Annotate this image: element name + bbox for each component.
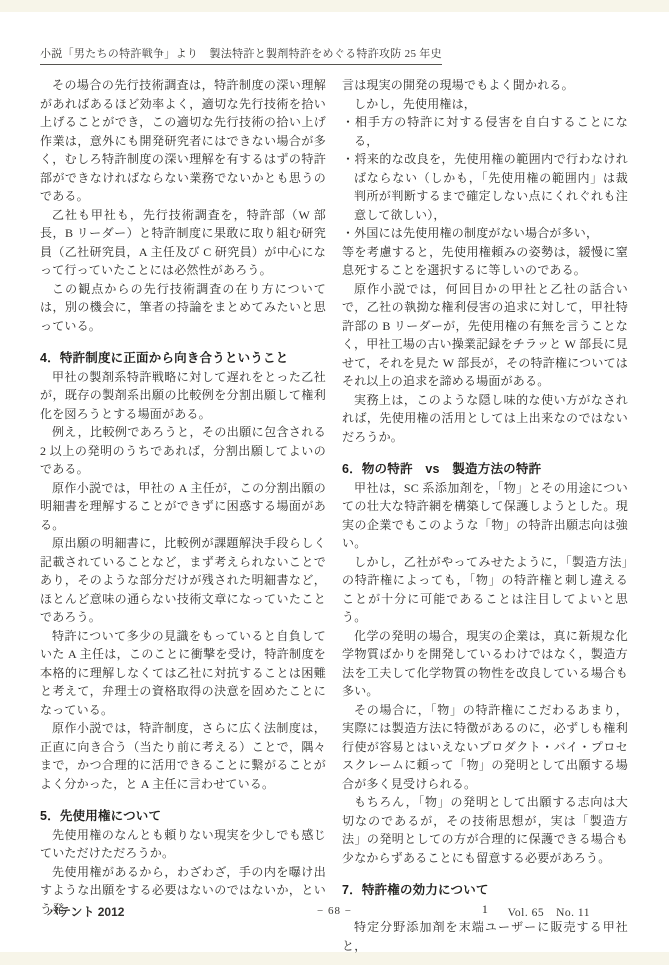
paragraph: 特定分野添加剤を末端ユーザーに販売する甲社と， (342, 918, 628, 955)
journal-page-scan: { "meta": { "colors": { "surround_bg": "… (0, 0, 669, 965)
paragraph: 甲社は，SC 系添加剤を，「物」とその用途についての壮大な特許網を構築して保護し… (342, 479, 628, 553)
page-footer: パテント 2012 − 68 − Vol. 65 No. 11 (0, 903, 669, 923)
paragraph: 特許について多少の見識をもっていると自負していた A 主任は，このことに衝撃を受… (40, 627, 326, 720)
paragraph: しかし，先使用権は， (342, 95, 628, 114)
section-heading: 6．物の特許 vs 製造方法の特許 (342, 460, 628, 479)
paragraph: 乙社も甲社も，先行技術調査を，特許部（W 部長，B リーダー）と特許制度に果敢に… (40, 206, 326, 280)
left-column: その場合の先行技術調査は，特許制度の深い理解があればあるほど効率よく，適切な先行… (40, 76, 326, 955)
paragraph: この観点からの先行技術調査の在り方については，別の機会に，筆者の持論をまとめてみ… (40, 280, 326, 336)
document-page: 小説「男たちの特許戦争」より 製法特許と製剤特許をめぐる特許攻防 25 年史 そ… (0, 12, 669, 952)
paragraph: その場合に，「物」の特許権にこだわるあまり，実際には製造方法に特徴があるのに，必… (342, 701, 628, 794)
two-column-body: その場合の先行技術調査は，特許制度の深い理解があればあるほど効率よく，適切な先行… (40, 76, 629, 955)
footer-volume-number: Vol. 65 No. 11 (508, 904, 590, 920)
section-heading: 7．特許権の効力について (342, 881, 628, 900)
paragraph: 原作小説では，何回目かの甲社と乙社の話合いで，乙社の執拗な権利侵害の追求に対して… (342, 280, 628, 391)
paragraph: 例え，比較例であろうと，その出願に包含される 2 以上の発明のうちであれば，分割… (40, 423, 326, 479)
paragraph: 化学の発明の場合，現実の企業は，真に新規な化学物質ばかりを開発しているわけではな… (342, 627, 628, 701)
paragraph-continuation: 等を考慮すると，先使用権頼みの姿勢は，緩慢に窒息死することを選択するに等しいので… (342, 243, 628, 280)
right-column: 言は現実の開発の現場でもよく聞かれる。しかし，先使用権は，・相手方の特許に対する… (342, 76, 628, 955)
paragraph: その場合の先行技術調査は，特許制度の深い理解があればあるほど効率よく，適切な先行… (40, 76, 326, 206)
bullet-item: ・相手方の特許に対する侵害を自白することになる， (342, 113, 628, 150)
running-head: 小説「男たちの特許戦争」より 製法特許と製剤特許をめぐる特許攻防 25 年史 (40, 45, 442, 65)
paragraph: しかし，乙社がやってみせたように，「製造方法」の特許権によっても，「物」の特許権… (342, 553, 628, 627)
paragraph: 実務上は，このような隠し味的な使い方がなされれば，先使用権の活用としては上出来な… (342, 391, 628, 447)
bullet-item: ・外国には先使用権の制度がない場合が多い， (342, 224, 628, 243)
section-heading: 4．特許制度に正面から向き合うということ (40, 349, 326, 368)
paragraph: 先使用権のなんとも頼りない現実を少しでも感じていただけただろうか。 (40, 826, 326, 863)
bullet-item: ・将来的な改良を，先使用権の範囲内で行わなければならない（しかも，「先使用権の範… (342, 150, 628, 224)
paragraph: 原作小説では，特許制度，さらに広く法制度は，正直に向き合う（当たり前に考える）こ… (40, 719, 326, 793)
paragraph: 原作小説では，甲社の A 主任が，この分割出願の明細書を理解することができずに困… (40, 479, 326, 535)
paragraph: もちろん，「物」の発明として出願する志向は大切なのであるが，その技術思想が，実は… (342, 793, 628, 867)
paragraph-continuation: 言は現実の開発の現場でもよく聞かれる。 (342, 76, 628, 95)
section-heading: 5．先使用権について (40, 807, 326, 826)
paragraph: 原出願の明細書に，比較例が課題解決手段らしく記載されていることなど，まず考えられ… (40, 534, 326, 627)
paragraph: 甲社の製剤系特許戦略に対して遅れをとった乙社が，既存の製剤系出願の比較例を分割出… (40, 368, 326, 424)
